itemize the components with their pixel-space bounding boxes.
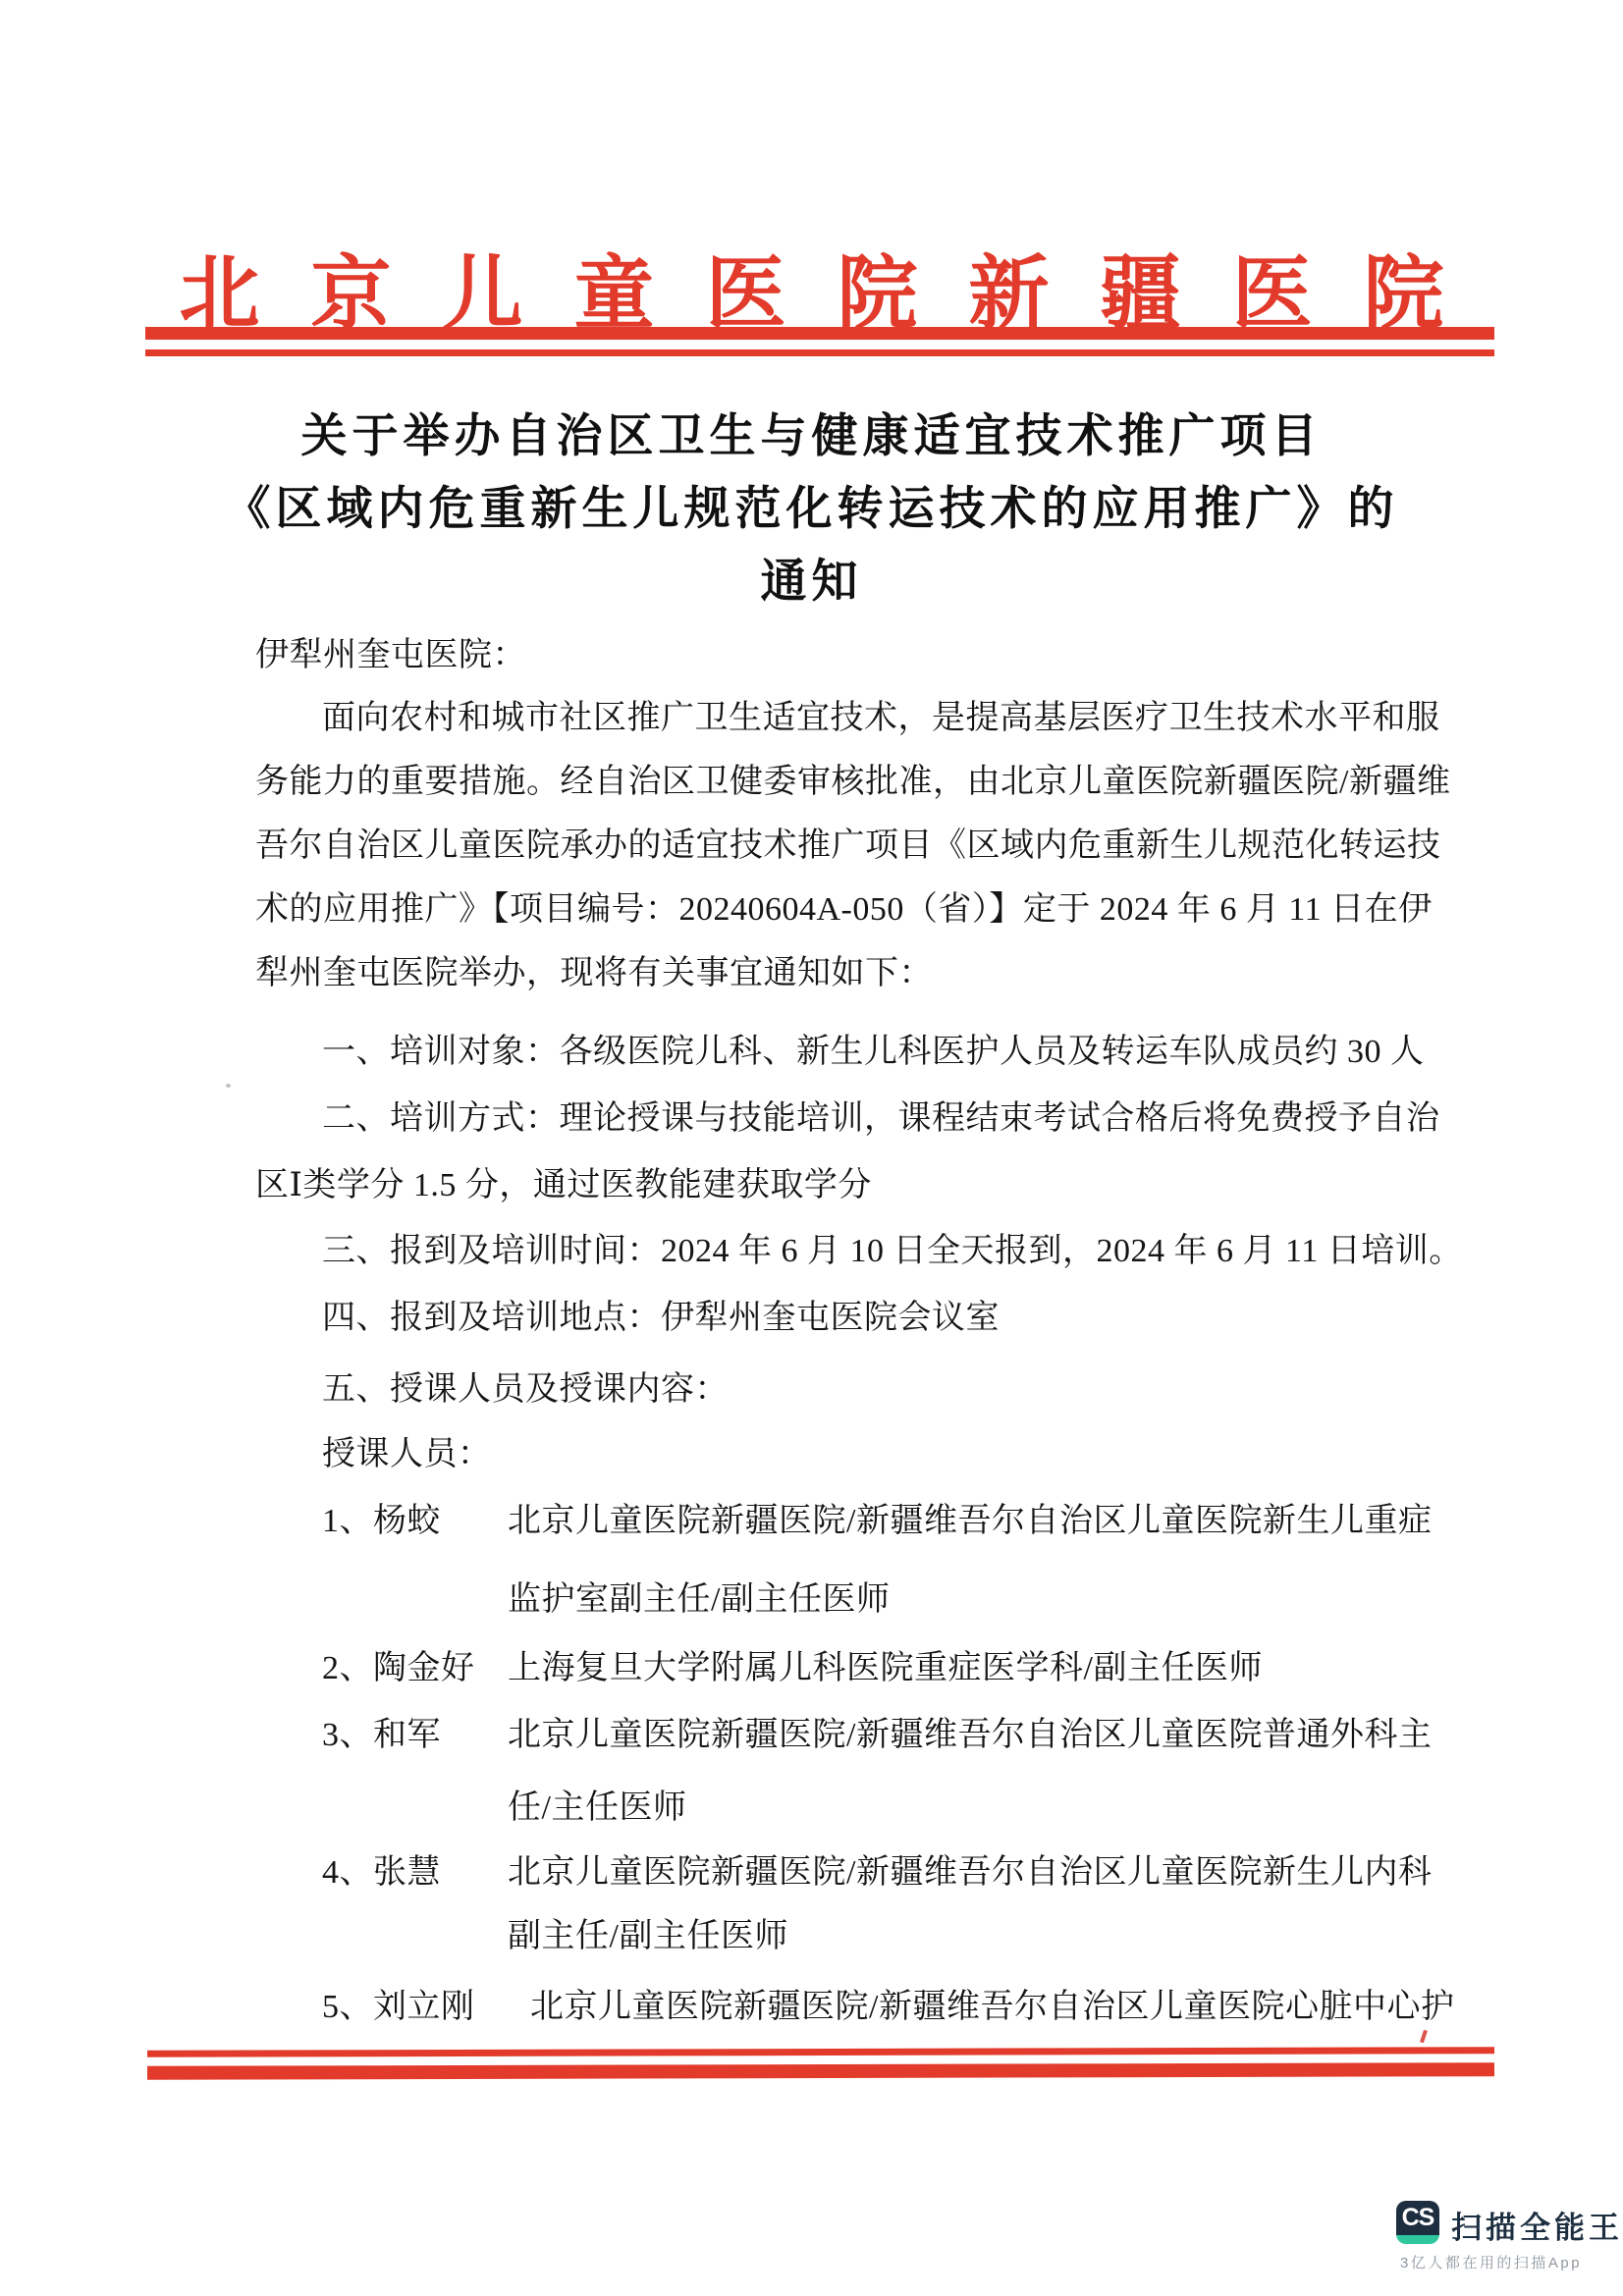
notice-title: 关于举办自治区卫生与健康适宜技术推广项目 《区域内危重新生儿规范化转运技术的应用… (0, 400, 1623, 618)
lecturer-affiliation: 任/主任医师 (508, 1789, 686, 1828)
header-rule-thick (145, 327, 1494, 340)
list-item-4: 四、报到及培训地点：伊犁州奎屯医院会议室 (322, 1299, 1000, 1338)
lecturer-affiliation: 上海复旦大学附属儿科医院重症医学科/副主任医师 (508, 1649, 1263, 1688)
red-ink-speck (1420, 2030, 1428, 2044)
camscanner-app-name-text: 扫描全能王 (1451, 2211, 1623, 2245)
lecturer-number-name: 2、陶金好 (322, 1649, 475, 1688)
body-line: 吾尔自治区儿童医院承办的适宜技术推广项目《区域内危重新生儿规范化转运技 (255, 827, 1441, 866)
camscanner-tagline: 3亿人都在用的扫描App (1400, 2252, 1582, 2272)
lecturer-affiliation: 监护室副主任/副主任医师 (508, 1580, 890, 1620)
body-line: 面向农村和城市社区推广卫生适宜技术，是提高基层医疗卫生技术水平和服 (322, 699, 1440, 738)
footer-rule-thin (147, 2047, 1494, 2057)
hospital-name: 北京儿童医院新疆医院 (179, 249, 1494, 339)
notice-title-line-1: 关于举办自治区卫生与健康适宜技术推广项目 (0, 400, 1623, 473)
lecturer-number-name: 5、刘立刚 (322, 1988, 475, 2027)
camscanner-logo-icon: CS (1396, 2201, 1439, 2244)
list-item-3: 三、报到及培训时间：2024 年 6 月 10 日全天报到，2024 年 6 月… (322, 1232, 1463, 1271)
lecturer-number-name: 3、和军 (322, 1716, 441, 1755)
lecturers-heading: 授课人员： (322, 1435, 492, 1474)
camscanner-logo-text: CS (1402, 2201, 1434, 2234)
lecturer-affiliation: 北京儿童医院新疆医院/新疆维吾尔自治区儿童医院普通外科主 (508, 1716, 1432, 1755)
body-line: 术的应用推广》【项目编号：20240604A-050（省）】定于 2024 年 … (255, 890, 1433, 930)
salutation: 伊犁州奎屯医院： (255, 636, 526, 675)
lecturer-affiliation: 北京儿童医院新疆医院/新疆维吾尔自治区儿童医院新生儿内科 (508, 1853, 1432, 1893)
lecturer-affiliation: 北京儿童医院新疆医院/新疆维吾尔自治区儿童医院新生儿重症 (508, 1502, 1432, 1541)
notice-title-line-2: 《区域内危重新生儿规范化转运技术的应用推广》的 (0, 473, 1623, 546)
lecturer-affiliation: 北京儿童医院新疆医院/新疆维吾尔自治区儿童医院心脏中心护 (530, 1988, 1454, 2027)
lecturer-number-name: 1、杨蛟 (322, 1502, 441, 1541)
list-item-1: 一、培训对象：各级医院儿科、新生儿科医护人员及转运车队成员约 30 人 (322, 1033, 1425, 1072)
body-line: 犁州奎屯医院举办，现将有关事宜通知如下： (255, 954, 933, 993)
list-item-5: 五、授课人员及授课内容： (322, 1370, 729, 1410)
lecturer-affiliation: 副主任/副主任医师 (508, 1917, 788, 1956)
footer-rule-thick (147, 2062, 1494, 2080)
scanned-notice-page: 北京儿童医院新疆医院 关于举办自治区卫生与健康适宜技术推广项目 《区域内危重新生… (0, 0, 1623, 2296)
camscanner-app-name: 扫描全能王™ (1451, 2203, 1623, 2247)
body-line: 区Ⅰ类学分 1.5 分，通过医教能建获取学分 (255, 1166, 872, 1205)
notice-title-line-3: 通知 (0, 546, 1623, 618)
body-line: 务能力的重要措施。经自治区卫健委审核批准，由北京儿童医院新疆医院/新疆维 (255, 763, 1450, 802)
list-item-2: 二、培训方式：理论授课与技能培训，课程结束考试合格后将免费授予自治 (322, 1099, 1440, 1139)
header-rule-thin (145, 349, 1494, 356)
scan-speck (226, 1084, 231, 1088)
lecturer-number-name: 4、张慧 (322, 1853, 441, 1893)
